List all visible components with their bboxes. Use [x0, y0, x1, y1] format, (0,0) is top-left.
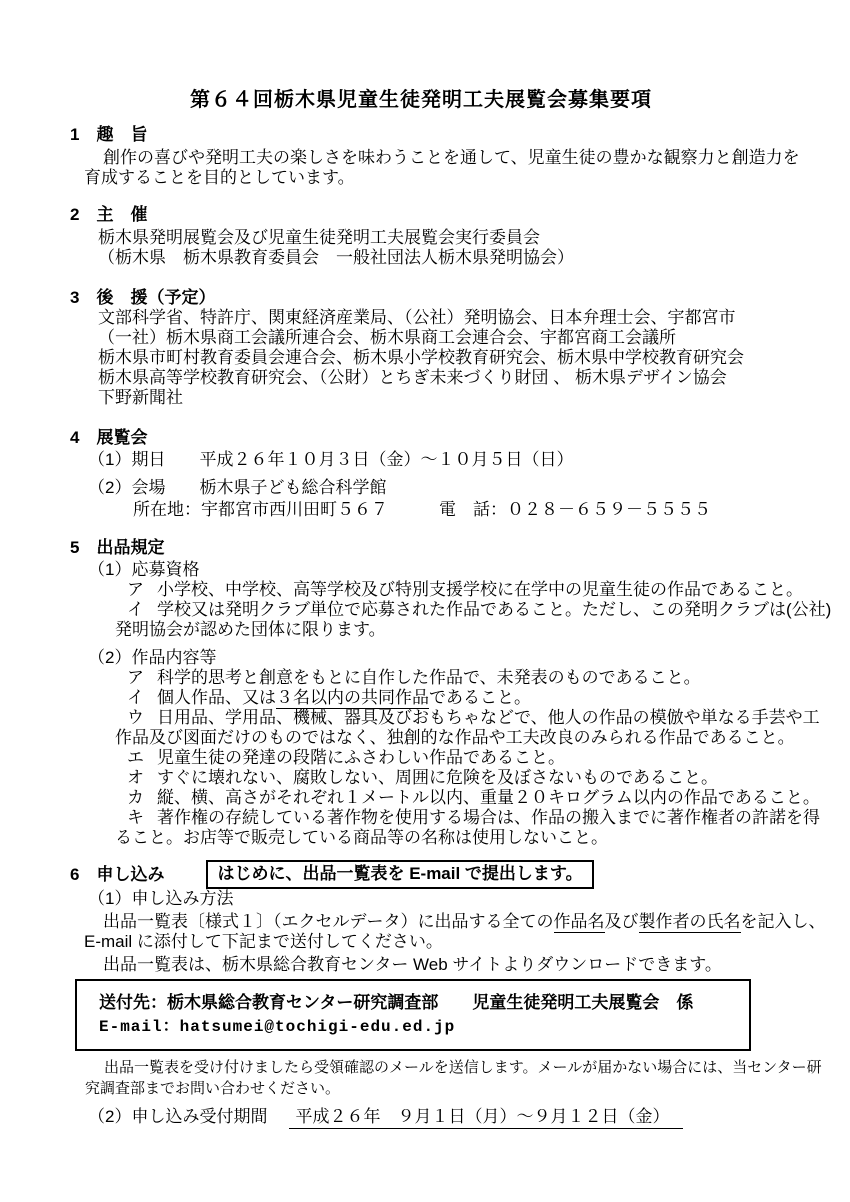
list-item: イ学校又は発明クラブ単位で応募された作品であること。ただし、この発明クラブは(公…	[127, 600, 772, 620]
application-method-paragraph: 出品一覧表〔様式１〕（エクセルデータ）に出品する全ての作品名及び製作者の氏名を記…	[84, 912, 772, 975]
body-line: 栃木県市町村教育委員会連合会、栃木県小学校教育研究会、栃木県中学校教育研究会	[98, 348, 772, 368]
section-6-heading-row: 6 申し込み はじめに、出品一覧表を E-mail で提出します。	[70, 860, 772, 889]
section-1-body: 創作の喜びや発明工夫の楽しさを味わうことを通して、児童生徒の豊かな観察力と創造力…	[84, 148, 772, 188]
application-period-dates: 平成２６年 ９月１日（月）～９月１２日（金）	[289, 1107, 683, 1129]
email-submission-banner: はじめに、出品一覧表を E-mail で提出します。	[206, 860, 593, 889]
document-page: 第６４回栃木県児童生徒発明工夫展覧会募集要項 1 趣 旨 創作の喜びや発明工夫の…	[0, 0, 850, 1202]
body-line: 出品一覧表は、栃木県総合教育センター Web サイトよりダウンロードできます。	[84, 955, 772, 975]
list-item: イ個人作品、又は３名以内の共同作品であること。	[127, 688, 772, 708]
note-line: 出品一覧表を受け付けましたら受領確認のメールを送信します。メールが届かない場合に…	[85, 1057, 772, 1078]
document-content: 第６４回栃木県児童生徒発明工夫展覧会募集要項 1 趣 旨 創作の喜びや発明工夫の…	[0, 0, 850, 1127]
item-text: 小学校、中学校、高等学校及び特別支援学校に在学中の児童生徒の作品であること。	[157, 580, 803, 599]
body-line: 栃木県発明展覧会及び児童生徒発明工夫展覧会実行委員会	[98, 228, 772, 248]
item-text: 日用品、学用品、機械、器具及びおもちゃなどで、他人の作品の模倣や単なる手芸や工	[157, 708, 820, 727]
item-letter: イ	[127, 600, 144, 620]
body-line: 創作の喜びや発明工夫の楽しさを味わうことを通して、児童生徒の豊かな観察力と創造力…	[84, 148, 772, 168]
confirmation-note: 出品一覧表を受け付けましたら受領確認のメールを送信します。メールが届かない場合に…	[85, 1057, 772, 1099]
item-letter: ア	[127, 668, 144, 688]
item-text: 科学的思考と創意をもとに自作した作品で、未発表のものであること。	[157, 668, 701, 687]
list-item: ア小学校、中学校、高等学校及び特別支援学校に在学中の児童生徒の作品であること。	[127, 580, 772, 600]
item-text: 児童生徒の発達の段階にふさわしい作品であること。	[157, 748, 565, 767]
item-text: 学校又は発明クラブ単位で応募された作品であること。ただし、この発明クラブは(公社…	[157, 600, 831, 619]
item-letter: ア	[127, 580, 144, 600]
list-item: エ児童生徒の発達の段階にふさわしい作品であること。	[127, 748, 772, 768]
work-rules-list: ア科学的思考と創意をもとに自作した作品で、未発表のものであること。 イ個人作品、…	[70, 668, 772, 848]
item-letter: オ	[127, 768, 144, 788]
exhibition-date-line: （1）期日 平成２６年１０月３日（金）～１０月５日（日）	[88, 450, 772, 470]
underlined-text: 作品名	[554, 912, 605, 933]
exhibition-venue-line: （2）会場 栃木県子ども総合科学館	[88, 478, 772, 498]
underlined-text: ３名以内の共同作品	[276, 688, 429, 709]
item-text-continued: 作品及び図面だけのものではなく、独創的な作品や工夫改良のみられる作品であること。	[115, 728, 772, 748]
body-text: を記入し、	[741, 912, 826, 931]
list-item: オすぐに壊れない、腐敗しない、周囲に危険を及ぼさないものであること。	[127, 768, 772, 788]
subsection-title: （1）応募資格	[88, 560, 772, 580]
body-line: 育成することを目的としています。	[84, 168, 772, 188]
page-title: 第６４回栃木県児童生徒発明工夫展覧会募集要項	[70, 88, 772, 112]
body-line: （一社）栃木県商工会議所連合会、栃木県商工会連合会、宇都宮商工会議所	[98, 328, 772, 348]
subsection-title: （1）申し込み方法	[88, 889, 772, 909]
venue-address-phone-line: 所在地：宇都宮市西川田町５６７ 電 話：０２８－６５９－５５５５	[133, 500, 772, 520]
submission-address-box: 送付先：栃木県総合教育センター研究調査部 児童生徒発明工夫展覧会 係 E-mai…	[75, 979, 751, 1051]
body-line: 下野新聞社	[98, 388, 772, 408]
item-letter: ウ	[127, 708, 144, 728]
underlined-text: 製作者の氏名	[639, 912, 741, 933]
body-line: 栃木県高等学校教育研究会、（公財）とちぎ未来づくり財団 、 栃木県デザイン協会	[98, 368, 772, 388]
item-text-continued: ること。お店等で販売している商品等の名称は使用しないこと。	[115, 828, 772, 848]
section-3-heading: 3 後 援（予定）	[70, 288, 772, 308]
item-text: 縦、横、高さがそれぞれ１メートル以内、重量２０キログラム以内の作品であること。	[157, 788, 820, 807]
item-text: すぐに壊れない、腐敗しない、周囲に危険を及ぼさないものであること。	[157, 768, 718, 787]
section-3-body: 文部科学省、特許庁、関東経済産業局、（公社）発明協会、日本弁理士会、宇都宮市 （…	[98, 308, 772, 408]
body-text: 及び	[605, 912, 639, 931]
subsection-title: （2）作品内容等	[88, 648, 772, 668]
note-line: 究調査部までお問い合わせください。	[85, 1078, 772, 1099]
body-line: E-mail に添付して下記まで送付してください。	[84, 932, 772, 952]
section-5-heading: 5 出品規定	[70, 538, 772, 558]
application-period-row: （2）申し込み受付期間平成２６年 ９月１日（月）～９月１２日（金）	[88, 1107, 772, 1127]
body-line: 文部科学省、特許庁、関東経済産業局、（公社）発明協会、日本弁理士会、宇都宮市	[98, 308, 772, 328]
section-2-body: 栃木県発明展覧会及び児童生徒発明工夫展覧会実行委員会 （栃木県 栃木県教育委員会…	[98, 228, 772, 268]
section-4-heading: 4 展覧会	[70, 428, 772, 448]
section-1-heading: 1 趣 旨	[70, 125, 772, 145]
item-letter: エ	[127, 748, 144, 768]
body-line: （栃木県 栃木県教育委員会 一般社団法人栃木県発明協会）	[98, 248, 772, 268]
list-item: カ縦、横、高さがそれぞれ１メートル以内、重量２０キログラム以内の作品であること。	[127, 788, 772, 808]
list-item: ア科学的思考と創意をもとに自作した作品で、未発表のものであること。	[127, 668, 772, 688]
item-text: 個人作品、又は	[157, 688, 276, 707]
item-letter: イ	[127, 688, 144, 708]
section-6-heading: 6 申し込み	[70, 865, 164, 885]
eligibility-list: ア小学校、中学校、高等学校及び特別支援学校に在学中の児童生徒の作品であること。 …	[70, 580, 772, 640]
body-line: 出品一覧表〔様式１〕（エクセルデータ）に出品する全ての作品名及び製作者の氏名を記…	[84, 912, 772, 932]
mail-to-line: 送付先：栃木県総合教育センター研究調査部 児童生徒発明工夫展覧会 係	[99, 990, 739, 1015]
list-item: ウ日用品、学用品、機械、器具及びおもちゃなどで、他人の作品の模倣や単なる手芸や工	[127, 708, 772, 728]
body-text: 出品一覧表〔様式１〕（エクセルデータ）に出品する全ての	[103, 912, 554, 931]
item-letter: カ	[127, 788, 144, 808]
item-letter: キ	[127, 808, 144, 828]
item-text: 著作権の存続している著作物を使用する場合は、作品の搬入までに著作権者の許諾を得	[157, 808, 820, 827]
email-address-line: E-mail：hatsumei@tochigi-edu.ed.jp	[99, 1015, 739, 1040]
item-text-continued: 発明協会が認めた団体に限ります。	[115, 620, 772, 640]
section-2-heading: 2 主 催	[70, 205, 772, 225]
list-item: キ著作権の存続している著作物を使用する場合は、作品の搬入までに著作権者の許諾を得	[127, 808, 772, 828]
item-text: であること。	[429, 688, 531, 707]
application-period-label: （2）申し込み受付期間	[88, 1107, 267, 1126]
